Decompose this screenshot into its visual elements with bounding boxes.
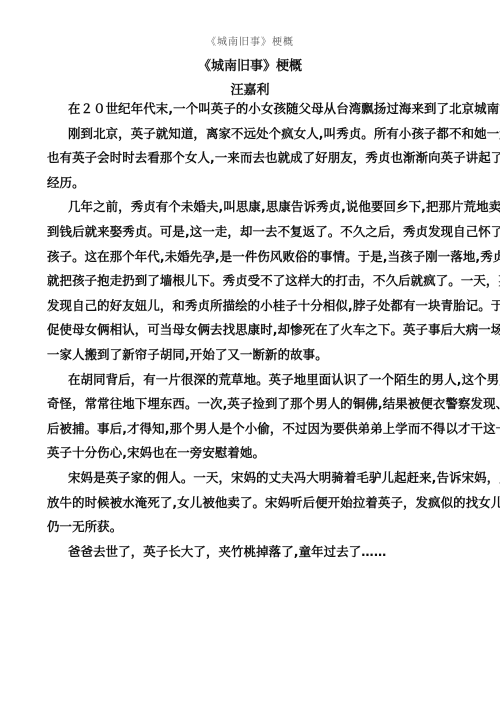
text-line: 放牛的时候被水淹死了,女儿被他卖了。宋妈听后便开始拉着英子，发疯似的找女儿,但最… xyxy=(47,491,449,516)
text-line: 爸爸去世了，英子长大了，夹竹桃掉落了,童年过去了…… xyxy=(47,540,449,565)
text-line: 刚到北京，英子就知道，离家不远处个疯女人,叫秀贞。所有小孩子都不和她一起玩， xyxy=(47,122,449,147)
text-line: 宋妈是英子家的佣人。一天，宋妈的丈夫冯大明骑着毛驴儿起赶来,告诉宋妈，儿子在 xyxy=(47,466,449,491)
document-page: 《城南旧事》梗概 《城南旧事》梗概 汪嘉利 在２０世纪年代末,一个叫英子的小女孩… xyxy=(0,0,500,708)
paragraph-6: 爸爸去世了，英子长大了，夹竹桃掉落了,童年过去了…… xyxy=(47,540,449,565)
text-line: 仍一无所获。 xyxy=(47,515,449,540)
document-body: 在２０世纪年代末,一个叫英子的小女孩随父母从台湾飘扬过海来到了北京城南胡同。 刚… xyxy=(47,97,449,564)
paragraph-5: 宋妈是英子家的佣人。一天，宋妈的丈夫冯大明骑着毛驴儿起赶来,告诉宋妈，儿子在 放… xyxy=(47,466,449,540)
text-line: 孩子。这在那个年代,未婚先孕,是一件伤风败俗的事情。于是,当孩子刚一落地,秀贞的… xyxy=(47,245,449,270)
document-author: 汪嘉利 xyxy=(0,79,500,98)
text-line: 在胡同背后，有一片很深的荒草地。英子地里面认识了一个陌生的男人,这个男人十分 xyxy=(47,368,449,393)
text-line: 在２０世纪年代末,一个叫英子的小女孩随父母从台湾飘扬过海来到了北京城南胡同。 xyxy=(47,97,449,122)
paragraph-2: 刚到北京，英子就知道，离家不远处个疯女人,叫秀贞。所有小孩子都不和她一起玩， 也… xyxy=(47,122,449,196)
text-line: 经历。 xyxy=(47,171,449,196)
text-line: 几年之前，秀贞有个未婚夫,叫思康,思康告诉秀贞,说他要回乡下,把那片荒地卖了,等… xyxy=(47,195,449,220)
paragraph-3: 几年之前，秀贞有个未婚夫,叫思康,思康告诉秀贞,说他要回乡下,把那片荒地卖了,等… xyxy=(47,195,449,367)
text-line: 就把孩子抱走扔到了墙根儿下。秀贞受不了这样大的打击，不久后就疯了。一天，英子偶然 xyxy=(47,269,449,294)
text-line: 一家人搬到了新帘子胡同,开始了又一断新的故事。 xyxy=(47,343,449,368)
text-line: 奇怪，常常往地下埋东西。一次,英子捡到了那个男人的铜佛,结果被便衣警察发现、盯梢… xyxy=(47,392,449,417)
text-line: 也有英子会时时去看那个女人,一来而去也就成了好朋友，秀贞也渐渐向英子讲起了自己的 xyxy=(47,146,449,171)
text-line: 促使母女俩相认，可当母女俩去找思康时,却惨死在了火车之下。英子事后大病一场,病好… xyxy=(47,318,449,343)
running-header: 《城南旧事》梗概 xyxy=(0,33,500,48)
paragraph-1: 在２０世纪年代末,一个叫英子的小女孩随父母从台湾飘扬过海来到了北京城南胡同。 xyxy=(47,97,449,122)
text-line: 发现自己的好友妞儿，和秀贞所描绘的小桂子十分相似,脖子处都有一块青胎记。于是，便 xyxy=(47,294,449,319)
text-line: 英子十分伤心,宋妈也在一旁安慰着她。 xyxy=(47,441,449,466)
text-line: 后被捕。事后,才得知,那个男人是个小偷，不过因为要供弟弟上学而不得以才干这一行的… xyxy=(47,417,449,442)
document-title: 《城南旧事》梗概 xyxy=(0,55,500,74)
text-line: 到钱后就来娶秀贞。可是,这一走，却一去不复返了。不久之后，秀贞发现自己怀了思康的 xyxy=(47,220,449,245)
paragraph-4: 在胡同背后，有一片很深的荒草地。英子地里面认识了一个陌生的男人,这个男人十分 奇… xyxy=(47,368,449,466)
